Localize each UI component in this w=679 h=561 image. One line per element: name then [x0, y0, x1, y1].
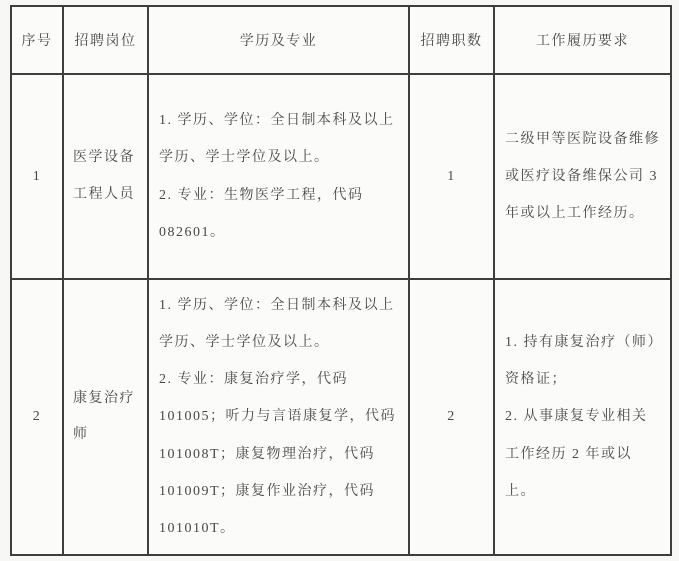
cell-education: 1. 学历、学位：全日制本科及以上学历、学士学位及以上。 2. 专业：生物医学工… — [148, 74, 409, 279]
cell-no: 2 — [11, 279, 63, 555]
cell-count: 2 — [409, 279, 494, 555]
cell-position: 康复治疗师 — [63, 279, 148, 555]
cell-position: 医学设备工程人员 — [63, 74, 148, 279]
header-cell-experience: 工作履历要求 — [494, 6, 671, 74]
cell-experience: 二级甲等医院设备维修或医疗设备维保公司 3 年或以上工作经历。 — [494, 74, 671, 279]
cell-education: 1. 学历、学位：全日制本科及以上学历、学士学位及以上。 2. 专业：康复治疗学… — [148, 279, 409, 555]
recruitment-table: 序号 招聘岗位 学历及专业 招聘职数 工作履历要求 1 医学设备工程人员 1. … — [10, 5, 672, 556]
cell-no: 1 — [11, 74, 63, 279]
cell-experience: 1. 持有康复治疗（师）资格证； 2. 从事康复专业相关工作经历 2 年或以上。 — [494, 279, 671, 555]
header-row: 序号 招聘岗位 学历及专业 招聘职数 工作履历要求 — [11, 6, 671, 74]
header-cell-no: 序号 — [11, 6, 63, 74]
header-cell-position: 招聘岗位 — [63, 6, 148, 74]
header-cell-count: 招聘职数 — [409, 6, 494, 74]
cell-count: 1 — [409, 74, 494, 279]
table-row: 2 康复治疗师 1. 学历、学位：全日制本科及以上学历、学士学位及以上。 2. … — [11, 279, 671, 555]
header-cell-education: 学历及专业 — [148, 6, 409, 74]
table-row: 1 医学设备工程人员 1. 学历、学位：全日制本科及以上学历、学士学位及以上。 … — [11, 74, 671, 279]
